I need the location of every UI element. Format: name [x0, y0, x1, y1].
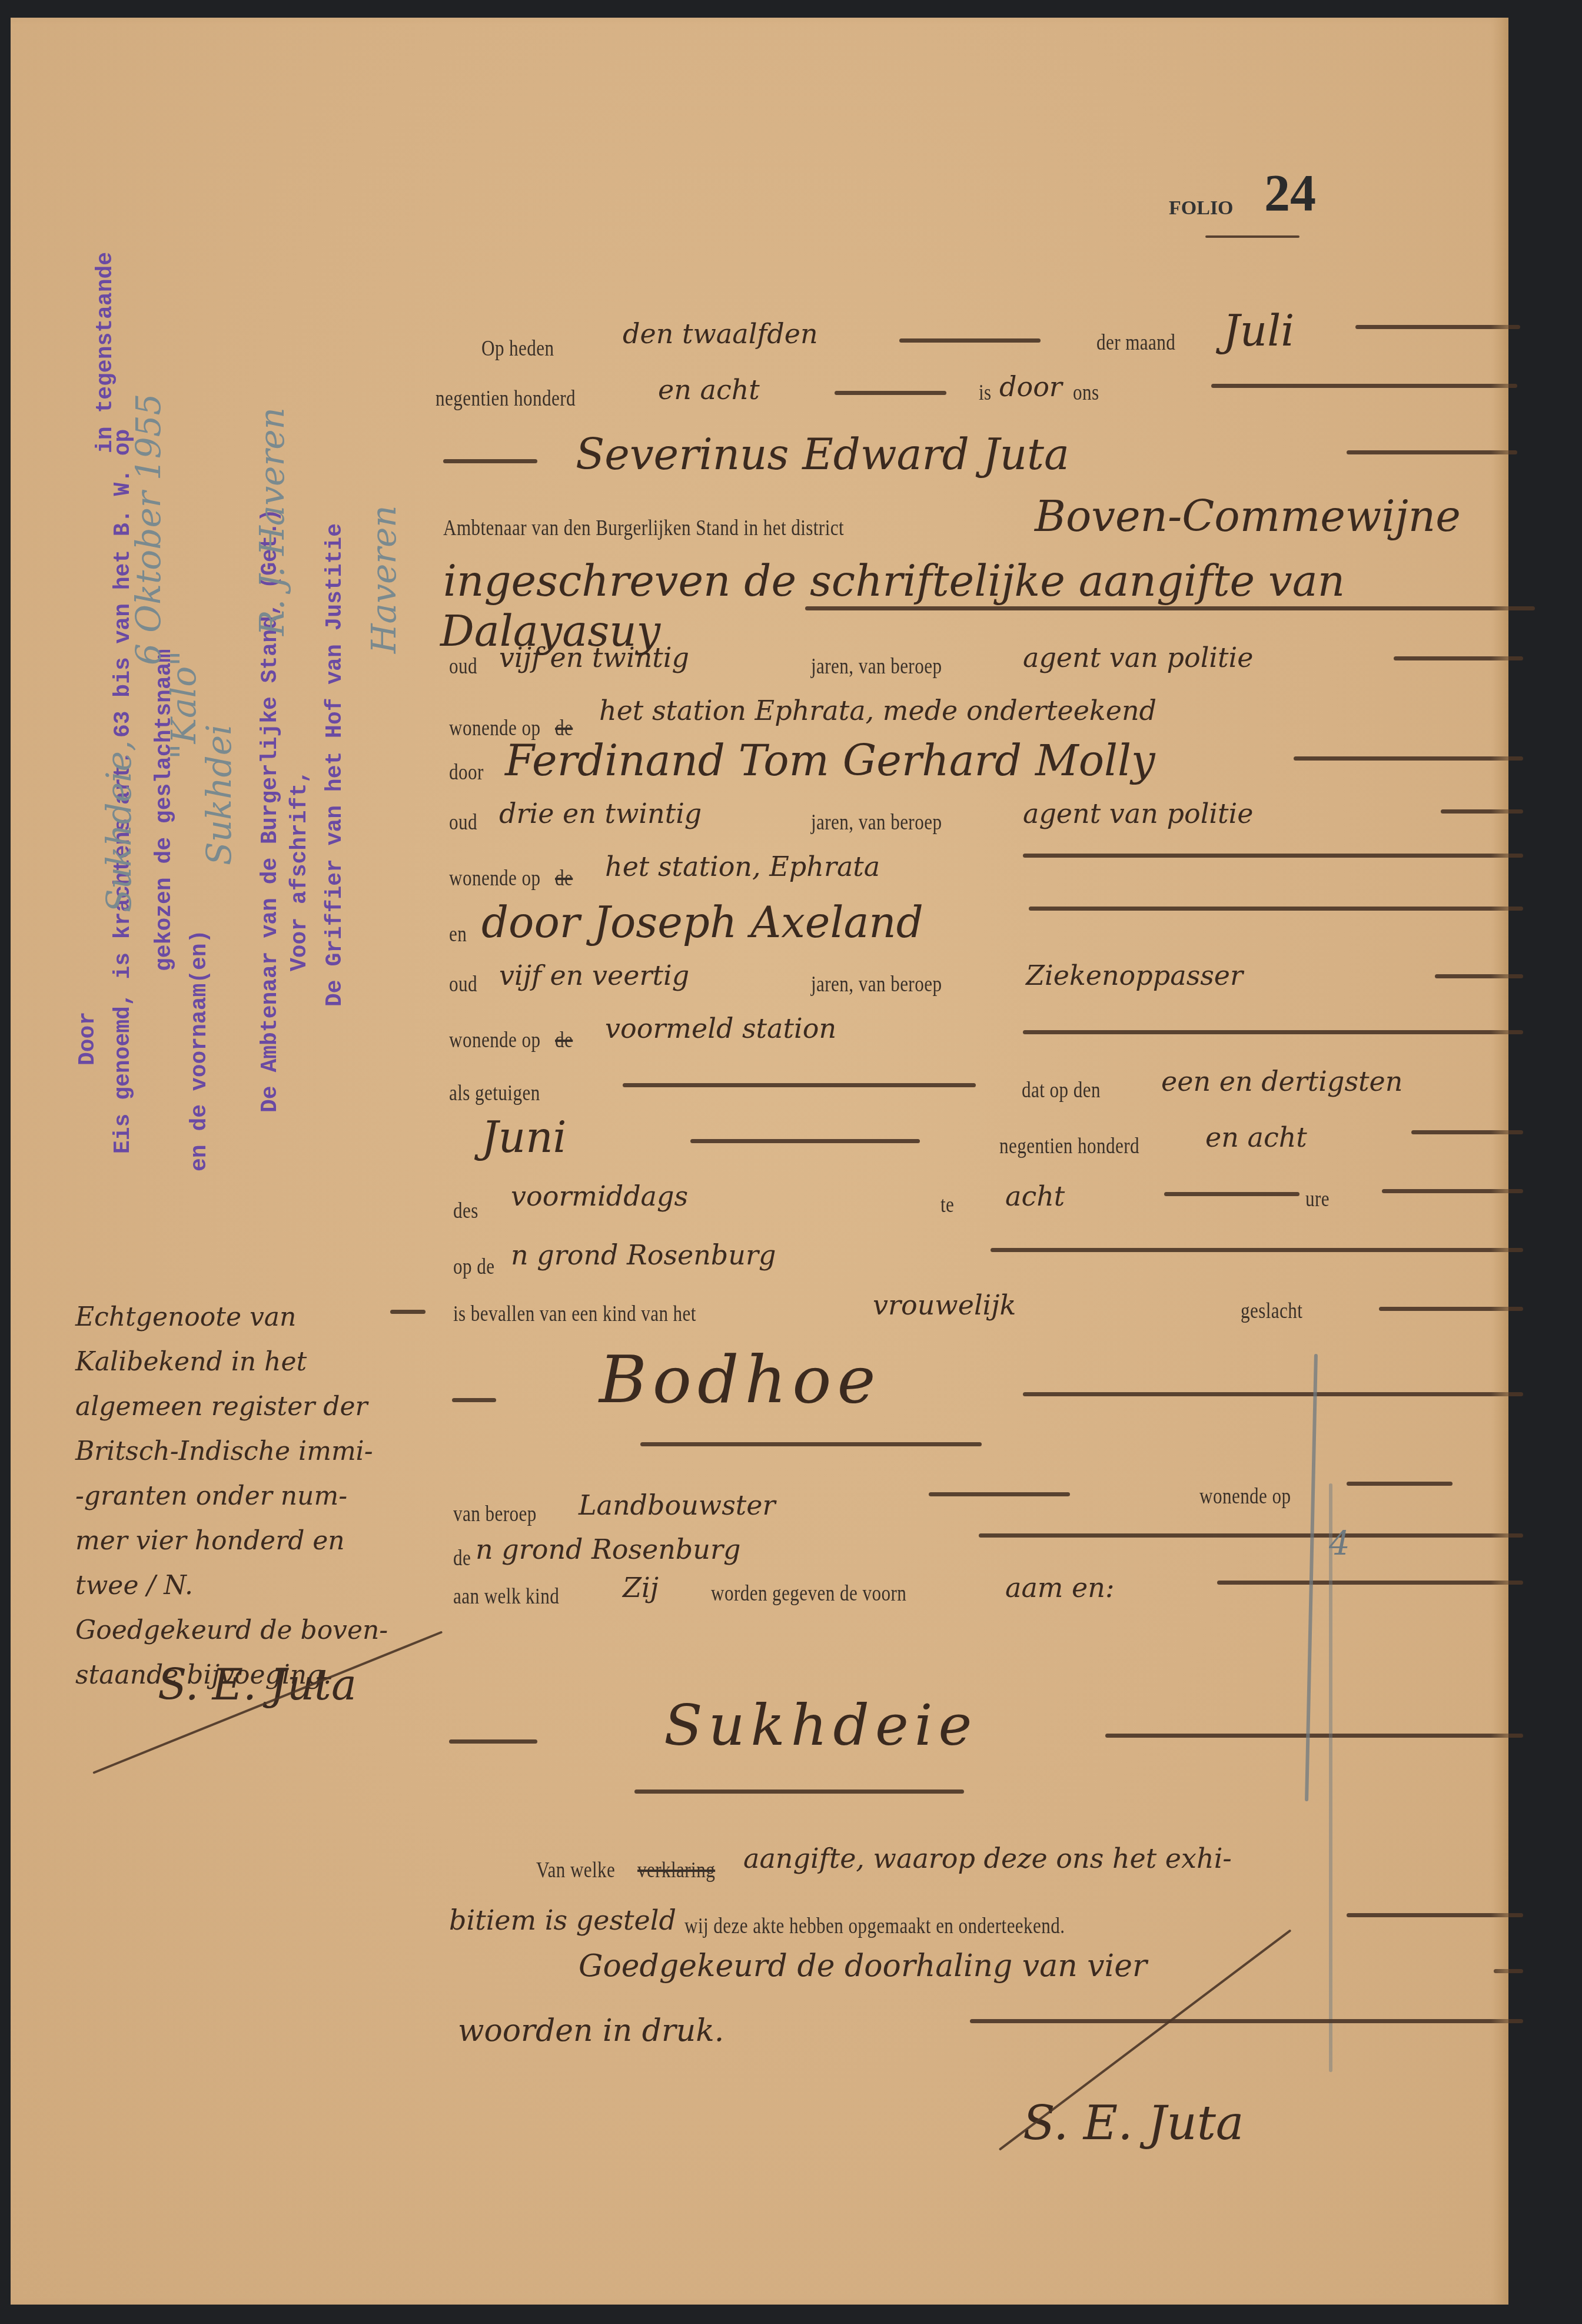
margin-note-line: Goedgekeurd de boven-: [75, 1608, 452, 1653]
margin-annotation: Echtgenoote van Kalibekend in het algeme…: [75, 1295, 452, 1698]
fill-rule: [1347, 450, 1517, 454]
field-witness2-age: drie en twintig: [499, 798, 702, 829]
margin-note-line: Kalibekend in het: [75, 1340, 452, 1385]
stamp-handwritten-given-name-2: Sukhdei: [199, 724, 239, 865]
field-birth-year: en acht: [1205, 1121, 1307, 1153]
margin-note-line: Britsch-Indische immi-: [75, 1429, 452, 1474]
margin-note-line: -granten onder num-: [75, 1474, 452, 1519]
field-child-name: Sukhdeie: [664, 1692, 978, 1758]
fill-rule: [1441, 809, 1523, 814]
field-birth-hour: acht: [1005, 1180, 1065, 1212]
field-birth-month: Juni: [481, 1113, 567, 1162]
field-witness2-name: Ferdinand Tom Gerhard Molly: [505, 736, 1155, 785]
label-is: is: [979, 380, 992, 406]
approval-line-2: woorden in druk.: [458, 2013, 724, 2049]
field-witness1-residence: het station Ephrata, mede onderteekend: [599, 695, 1156, 726]
folio-number: 24: [1264, 164, 1316, 223]
label-de: de: [453, 1545, 471, 1571]
approval-line-1: Goedgekeurd de doorhaling van vier: [579, 1948, 1147, 1984]
fill-rule: [1029, 907, 1523, 911]
fill-rule: [970, 2019, 1523, 2023]
label-op-heden: Op heden: [481, 336, 554, 361]
official-signature: S. E. Juta: [1023, 2096, 1244, 2150]
fill-rule: [443, 459, 537, 463]
fill-rule: [805, 606, 1535, 610]
fill-rule: [979, 1533, 1523, 1538]
fill-rule: [690, 1139, 920, 1143]
label-negentien-honderd: negentien honderd: [999, 1133, 1139, 1159]
field-witness1-age: vijf en twintig: [499, 642, 689, 673]
fill-rule: [1355, 325, 1520, 329]
label-wonende-op: wonende op: [449, 865, 541, 891]
label-van-beroep: van beroep: [453, 1501, 537, 1527]
field-mother-residence: n grond Rosenburg: [476, 1533, 740, 1565]
field-birth-daypart: voormiddags: [511, 1180, 688, 1212]
fill-rule: [1382, 1189, 1523, 1193]
fill-rule: [899, 338, 1041, 343]
field-voornamen-completion: aam en:: [1005, 1572, 1114, 1603]
pencil-dashed-line: [1329, 1483, 1332, 2072]
fill-rule: [1023, 1392, 1523, 1396]
field-witness3-name: door Joseph Axeland: [481, 898, 923, 947]
label-en: en: [449, 921, 467, 947]
stamp-griffier-signature: Haveren: [364, 505, 404, 653]
fill-rule: [1023, 1030, 1523, 1034]
label-jaren-beroep: jaren, van beroep: [811, 971, 942, 997]
struck-de: de: [555, 1027, 573, 1053]
label-ambtenaar-district: Ambtenaar van den Burgerlijken Stand in …: [443, 515, 844, 541]
fill-rule: [1164, 1192, 1299, 1196]
fill-rule: [452, 1398, 496, 1402]
field-mother-occupation: Landbouwster: [579, 1489, 776, 1521]
field-witness3-age: vijf en veertig: [499, 960, 689, 991]
folio-label: FOLIO: [1169, 197, 1234, 220]
field-official-name: Severinus Edward Juta: [576, 430, 1069, 479]
field-district: Boven-Commewijne: [1035, 492, 1461, 541]
field-witness3-occupation: Ziekenoppasser: [1026, 960, 1243, 991]
stamp-line-door: Door: [75, 1012, 101, 1065]
margin-signature: S. E. Juta: [158, 1660, 357, 1709]
margin-note-line: Echtgenoote van: [75, 1295, 452, 1340]
fill-rule: [634, 1790, 964, 1794]
label-geslacht: geslacht: [1241, 1298, 1302, 1324]
stamp-handwritten-date: 6 Oktober 1955: [128, 394, 168, 665]
field-mother-name: Bodhoe: [599, 1342, 882, 1417]
field-child-gender: vrouwelijk: [873, 1289, 1016, 1321]
margin-note-line: mer vier honderd en: [75, 1519, 452, 1563]
field-witness2-residence: het station, Ephrata: [605, 851, 880, 882]
fill-rule: [929, 1492, 1070, 1496]
folio-underline: [1205, 235, 1299, 238]
label-van-welke: Van welke: [536, 1857, 615, 1883]
field-closing-aangifte: aangifte, waarop deze ons het exhi-: [743, 1842, 1232, 1874]
fill-rule: [1217, 1581, 1523, 1585]
field-witness2-occupation: agent van politie: [1023, 798, 1253, 829]
fill-rule: [1294, 756, 1523, 761]
fill-rule: [1394, 656, 1523, 660]
label-oud: oud: [449, 809, 477, 835]
label-der-maand: der maand: [1096, 330, 1175, 356]
stamp-line-tegenstaande: in tegenstaande: [93, 252, 118, 453]
field-aangifte-line: ingeschreven de schriftelijke aangifte v…: [443, 556, 1345, 606]
stamp-line-voornaam: en de voornaam(en): [187, 930, 212, 1171]
fill-rule: [1411, 1130, 1523, 1134]
fill-rule: [640, 1442, 982, 1446]
label-door: door: [449, 759, 484, 785]
label-aan-welk-kind: aan welk kind: [453, 1583, 559, 1609]
label-te: te: [940, 1192, 954, 1218]
stamp-official-signature: R. J. Haveren: [252, 407, 292, 636]
label-worden-gegeven: worden gegeven de voorn: [711, 1581, 906, 1606]
fill-rule: [623, 1083, 976, 1087]
fill-rule: [1435, 974, 1523, 978]
field-birth-place: n grond Rosenburg: [511, 1239, 776, 1271]
pencil-mark-4: 4: [1329, 1525, 1350, 1563]
fill-rule: [1379, 1307, 1523, 1311]
label-dat-op-den: dat op den: [1022, 1077, 1101, 1103]
margin-note-line: algemeen register der: [75, 1385, 452, 1429]
fill-rule: [835, 391, 946, 395]
fill-rule: [1347, 1482, 1453, 1486]
field-witness1-occupation: agent van politie: [1023, 642, 1253, 673]
label-als-getuigen: als getuigen: [449, 1080, 540, 1106]
stamp-line-afschrift: Voor afschrift,: [287, 770, 313, 971]
field-witness3-residence: voormeld station: [605, 1012, 836, 1044]
label-oud: oud: [449, 653, 477, 679]
field-birth-day: een en dertigsten: [1161, 1065, 1402, 1097]
label-jaren-beroep: jaren, van beroep: [811, 809, 942, 835]
fill-rule: [1023, 854, 1523, 858]
fill-rule: [1211, 384, 1517, 388]
fill-rule: [1494, 1969, 1523, 1973]
margin-note-line: twee / N.: [75, 1563, 452, 1608]
field-closing-exhibitum: bitiem is gesteld: [449, 1904, 676, 1936]
field-month: Juli: [1223, 306, 1294, 356]
label-ons: ons: [1073, 380, 1099, 406]
fill-rule: [1347, 1913, 1523, 1917]
label-wonende-op: wonende op: [449, 1027, 541, 1053]
field-child-pronoun: Zij: [623, 1572, 659, 1603]
stamp-handwritten-surname: Sukhdeie,: [99, 741, 139, 912]
document-page: FOLIO 24 Door Eis genoemd, is krachtens …: [11, 18, 1508, 2305]
label-op-de: op de: [453, 1254, 494, 1280]
stamp-line-griffier: De Griffier van het Hof van Justitie: [323, 523, 348, 1007]
label-oud: oud: [449, 971, 477, 997]
label-wonende-op: wonende op: [1199, 1483, 1291, 1509]
stamp-handwritten-given-name: "Kalo": [164, 650, 204, 759]
field-year: en acht: [658, 374, 760, 406]
field-day: den twaalfden: [623, 318, 818, 350]
fill-rule: [1105, 1734, 1523, 1738]
label-jaren-beroep: jaren, van beroep: [811, 653, 942, 679]
label-is-bevallen: is bevallen van een kind van het: [453, 1301, 696, 1327]
label-ure: ure: [1305, 1186, 1330, 1212]
fill-rule: [991, 1248, 1523, 1252]
field-door: door: [999, 371, 1062, 403]
struck-de: de: [555, 865, 573, 891]
struck-verklaring: verklaring: [637, 1857, 715, 1883]
label-des: des: [453, 1198, 478, 1224]
fill-rule: [449, 1739, 537, 1744]
label-negentien-honderd: negentien honderd: [436, 386, 576, 411]
label-wij-deze-akte: wij deze akte hebben opgemaakt en ondert…: [684, 1913, 1065, 1939]
